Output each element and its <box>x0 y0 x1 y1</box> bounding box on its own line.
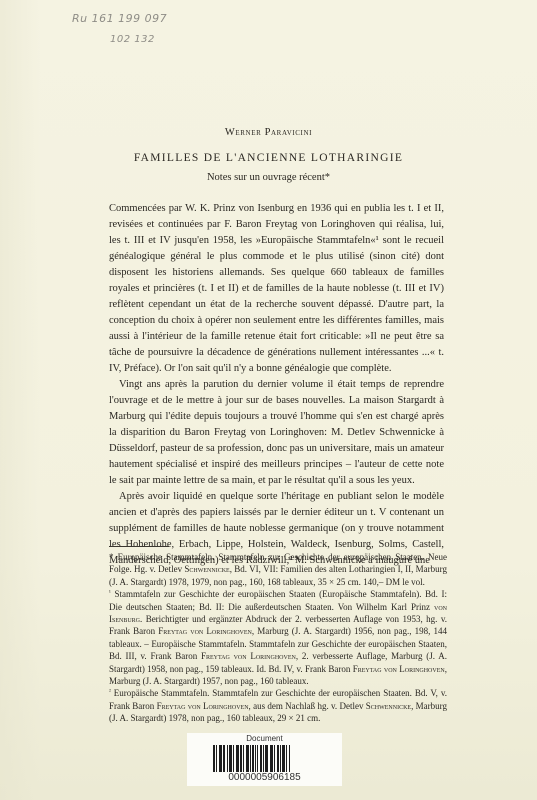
article-title: FAMILLES DE L'ANCIENNE LOTHARINGIE <box>0 152 537 164</box>
paragraph: Commencées par W. K. Prinz von Isenburg … <box>109 201 444 377</box>
article-author: Werner Paravicini <box>0 127 537 138</box>
author-name: Freytag von Loringhoven <box>157 701 249 711</box>
paragraph: Vingt ans après la parution du dernier v… <box>109 377 444 489</box>
barcode-icon <box>213 745 316 772</box>
author-name: Freytag von Loringhoven <box>158 626 252 636</box>
article-subtitle: Notes sur un ouvrage récent* <box>0 172 537 183</box>
pencil-number: 102 132 <box>110 34 155 45</box>
footnote-1: ¹ Stammtafeln zur Geschichte der europäi… <box>109 588 447 687</box>
footnote-star: * Europäische Stammtafeln. Stammtafeln z… <box>109 551 447 588</box>
footnotes: * Europäische Stammtafeln. Stammtafeln z… <box>109 551 447 725</box>
author-name: Schwennicke <box>366 701 411 711</box>
footnote-2: ² Europäische Stammtafeln. Stammtafeln z… <box>109 687 447 724</box>
barcode-number: 0000005906185 <box>187 772 342 783</box>
barcode-sticker: Document 0000005906185 <box>187 733 342 786</box>
footnote-divider <box>109 546 169 547</box>
author-name: Schwennicke <box>184 564 229 574</box>
scanned-page: Ru 161 199 097 102 132 Werner Paravicini… <box>0 0 537 800</box>
author-name: Freytag von Loringhoven <box>353 664 445 674</box>
article-body: Commencées par W. K. Prinz von Isenburg … <box>109 201 444 569</box>
pencil-shelfmark: Ru 161 199 097 <box>72 12 167 25</box>
barcode-label-text: Document <box>187 734 342 743</box>
author-name: Freytag von Loringhoven <box>201 651 296 661</box>
